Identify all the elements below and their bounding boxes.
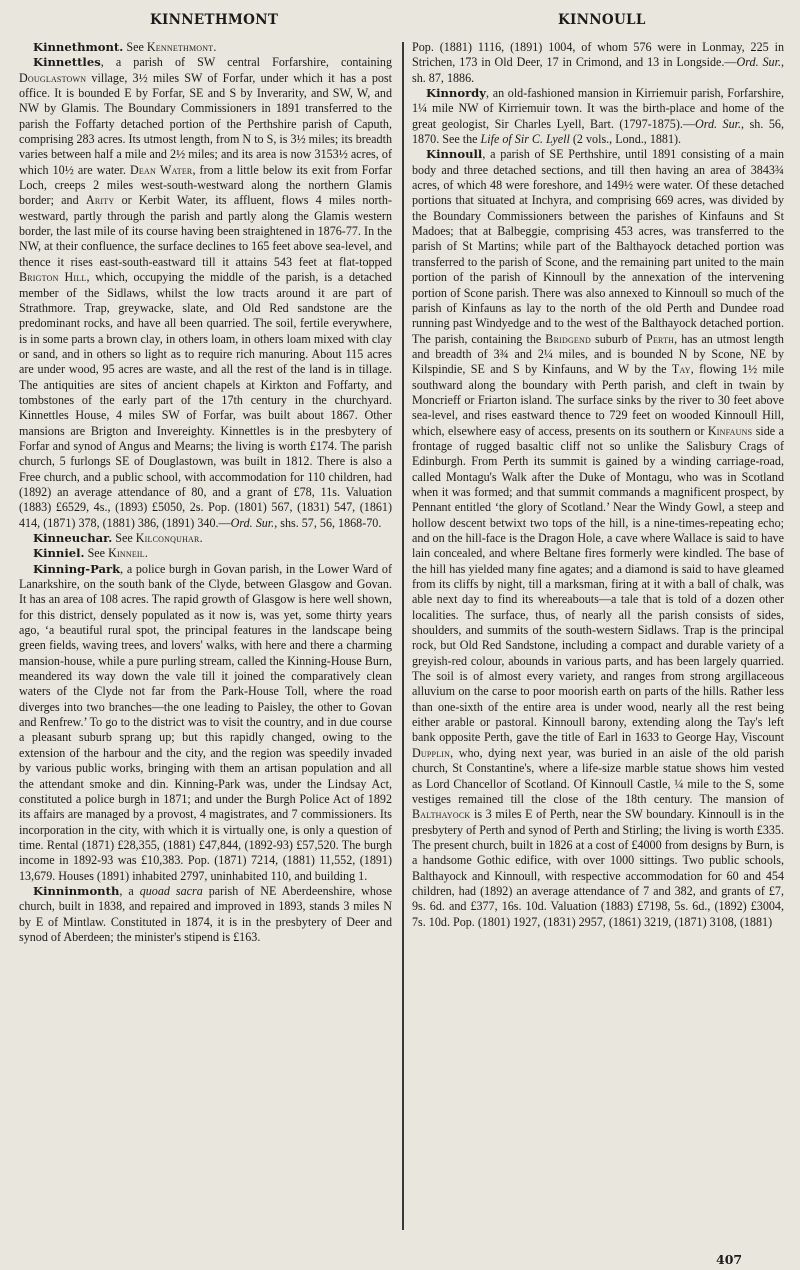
entry-kinneuchar: Kinneuchar. See Kilconquhar. (19, 531, 392, 546)
headword: Kinniel. (33, 546, 85, 560)
entry-kinniel: Kinniel. See Kinneil. (19, 546, 392, 561)
page-number: 407 (716, 1252, 742, 1267)
headword: Kinneuchar. (33, 531, 112, 545)
running-head-right: KINNOULL (558, 12, 646, 28)
column-divider (402, 42, 404, 1230)
cross-reference: Kennethmont (147, 40, 213, 54)
left-column: Kinnethmont. See Kennethmont. Kinnettles… (19, 40, 392, 945)
headword: Kinninmonth (33, 884, 119, 898)
headword: Kinnordy (426, 86, 486, 100)
entry-kinnethmont: Kinnethmont. See Kennethmont. (19, 40, 392, 55)
right-column: Pop. (1881) 1116, (1891) 1004, of whom 5… (412, 40, 784, 930)
gazetteer-page: KINNETHMONT KINNOULL Kinnethmont. See Ke… (0, 0, 800, 1270)
headword: Kinnoull (426, 147, 482, 161)
headword: Kinnettles (33, 55, 101, 69)
entry-kinning-park: Kinning-Park, a police burgh in Govan pa… (19, 562, 392, 884)
entry-kinnoull: Kinnoull, a parish of SE Perthshire, unt… (412, 147, 784, 930)
entry-kinnordy: Kinnordy, an old-fashioned mansion in Ki… (412, 86, 784, 147)
cross-reference: Kinneil (108, 546, 145, 560)
entry-kinninmonth: Kinninmonth, a quoad sacra parish of NE … (19, 884, 392, 945)
entry-continuation: Pop. (1881) 1116, (1891) 1004, of whom 5… (412, 40, 784, 86)
headword: Kinning-Park (33, 562, 120, 576)
headword: Kinnethmont. (33, 40, 123, 54)
cross-reference: Kilconquhar (136, 531, 200, 545)
running-head-left: KINNETHMONT (150, 12, 278, 28)
entry-kinnettles: Kinnettles, a parish of SW central Forfa… (19, 55, 392, 531)
